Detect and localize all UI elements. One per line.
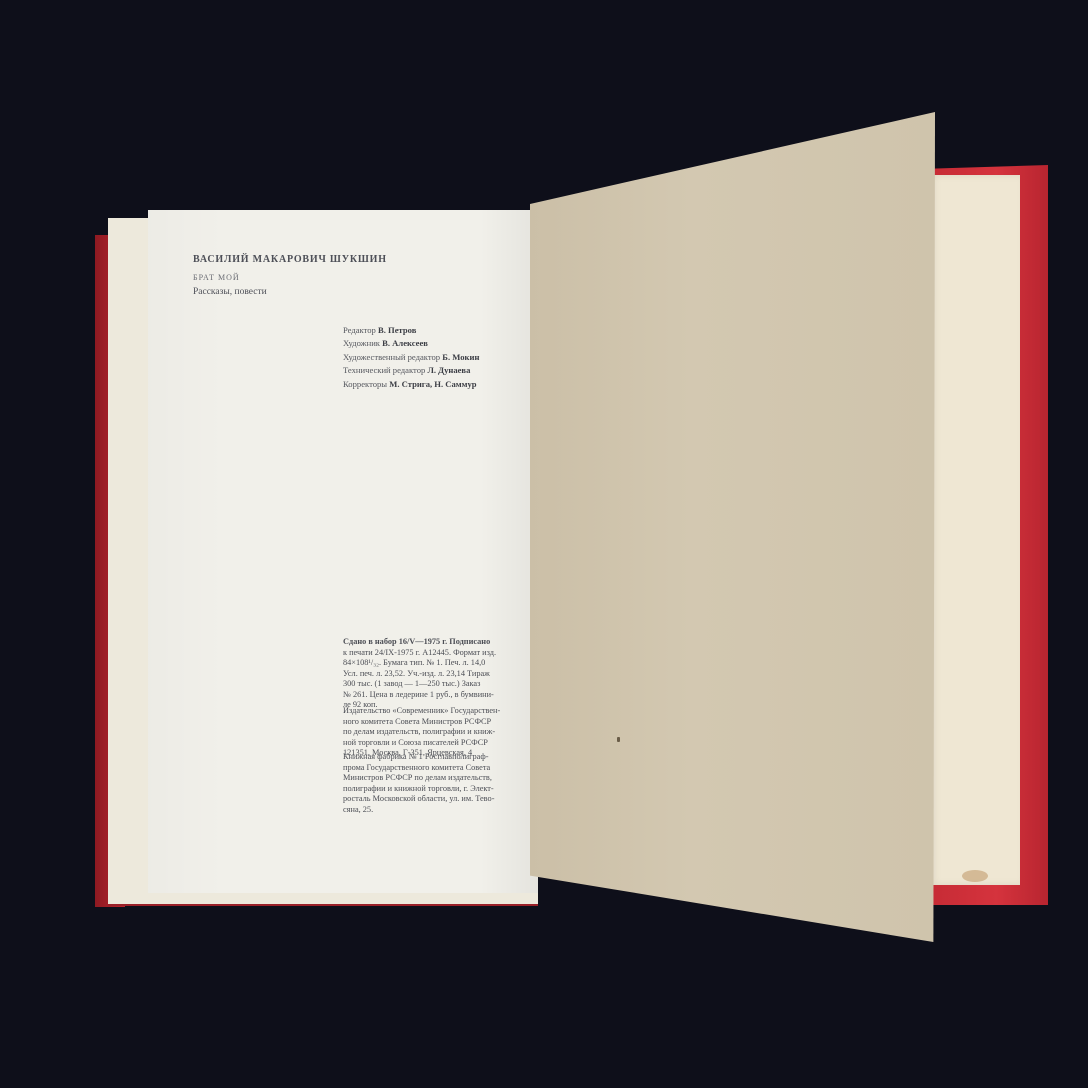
imprint-line: Издательство «Современник» Государствен- (343, 706, 538, 717)
imprint-line: прома Государственного комитета Совета (343, 763, 538, 774)
imprint-line: 84×108¹/₃₂. Бумага тип. № 1. Печ. л. 14,… (343, 658, 538, 669)
imprint-line: Усл. печ. л. 23,52. Уч.-изд. л. 23,14 Ти… (343, 669, 538, 680)
imprint-line: 300 тыс. (1 завод — 1—250 тыс.) Заказ (343, 679, 538, 690)
imprint-line: ного комитета Совета Министров РСФСР (343, 717, 538, 728)
imprint-line: сяна, 25. (343, 805, 538, 816)
author-name: ВАСИЛИЙ МАКАРОВИЧ ШУКШИН (193, 254, 387, 265)
credit-row: Художественный редактор Б. Мокин (343, 351, 479, 364)
imprint-line: к печати 24/IX-1975 г. А12445. Формат из… (343, 648, 538, 659)
credit-row: Технический редактор Л. Дунаева (343, 364, 479, 377)
imprint-line: полиграфии и книжной торговли, г. Элект- (343, 784, 538, 795)
imprint-line: Министров РСФСР по делам издательств, (343, 773, 538, 784)
printer-block: Книжная фабрика № 1 Росглавполиграф- про… (343, 752, 538, 815)
credit-row: Редактор В. Петров (343, 324, 479, 337)
flyleaf-page (530, 112, 935, 942)
credits-list: Редактор В. Петров Художник В. Алексеев … (343, 324, 479, 391)
book-photo: ВАСИЛИЙ МАКАРОВИЧ ШУКШИН БРАТ МОЙ Расска… (0, 0, 1088, 1088)
publisher-block: Издательство «Современник» Государствен-… (343, 706, 538, 759)
imprint-line: по делам издательств, полиграфии и книж- (343, 727, 538, 738)
imprint-line: № 261. Цена в ледерине 1 руб., в бумвини… (343, 690, 538, 701)
imprint-line: Книжная фабрика № 1 Росглавполиграф- (343, 752, 538, 763)
credit-row: Художник В. Алексеев (343, 337, 479, 350)
imprint-line: росталь Московской области, ул. им. Тево… (343, 794, 538, 805)
page-speck (617, 737, 620, 742)
book-subtitle: Рассказы, повести (193, 287, 267, 297)
credit-row: Корректоры М. Стрига, Н. Саммур (343, 378, 479, 391)
imprint-line: ной торговли и Союза писателей РСФСР (343, 738, 538, 749)
endpaper (930, 175, 1020, 885)
book-title: БРАТ МОЙ (193, 273, 240, 282)
print-data-block: Сдано в набор 16/V—1975 г. Подписано к п… (343, 637, 538, 711)
imprint-line: Сдано в набор 16/V—1975 г. Подписано (343, 637, 538, 648)
stain (962, 870, 988, 882)
